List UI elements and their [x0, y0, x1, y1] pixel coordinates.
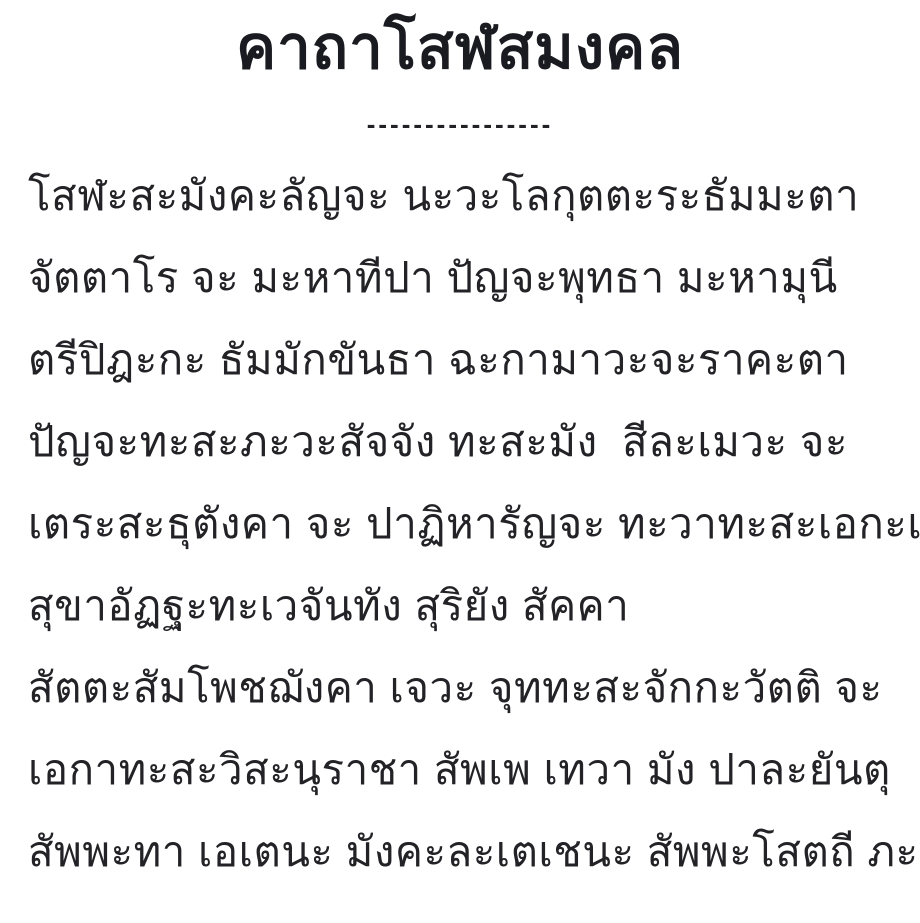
verse-line-8: เอกาทะสะวิสะนุราชา สัพเพ เทวา มัง ปาละยั… — [0, 729, 920, 811]
verse-block: โสฬะสะมังคะลัญจะ นะวะโลกุตตะระธัมมะตา จั… — [0, 155, 920, 893]
document-page: คาถาโสฬสมงคล ---------------- โสฬะสะมังค… — [0, 0, 920, 923]
verse-line-7: สัตตะสัมโพชฌังคา เจวะ จุททะสะจักกะวัตติ … — [0, 647, 920, 729]
verse-line-4: ปัญจะทะสะภะวะสัจจัง ทะสะมัง สีละเมวะ จะ — [0, 401, 920, 483]
verse-line-5: เตระสะธุตังคา จะ ปาฏิหารัญจะ ทะวาทะสะเอก… — [0, 483, 920, 565]
verse-line-1: โสฬะสะมังคะลัญจะ นะวะโลกุตตะระธัมมะตา — [0, 155, 920, 237]
document-title: คาถาโสฬสมงคล — [0, 0, 920, 85]
verse-line-9: สัพพะทา เอเตนะ มังคะละเตเชนะ สัพพะโสตถี … — [0, 811, 920, 893]
verse-line-2: จัตตาโร จะ มะหาทีปา ปัญจะพุทธา มะหามุนี — [0, 237, 920, 319]
verse-line-6: สุขาอัฏฐะทะเวจันทัง สุริยัง สัคคา — [0, 565, 920, 647]
separator-dashes: ---------------- — [0, 111, 920, 137]
verse-line-3: ตรีปิฎะกะ ธัมมักขันธา ฉะกามาวะจะราคะตา — [0, 319, 920, 401]
